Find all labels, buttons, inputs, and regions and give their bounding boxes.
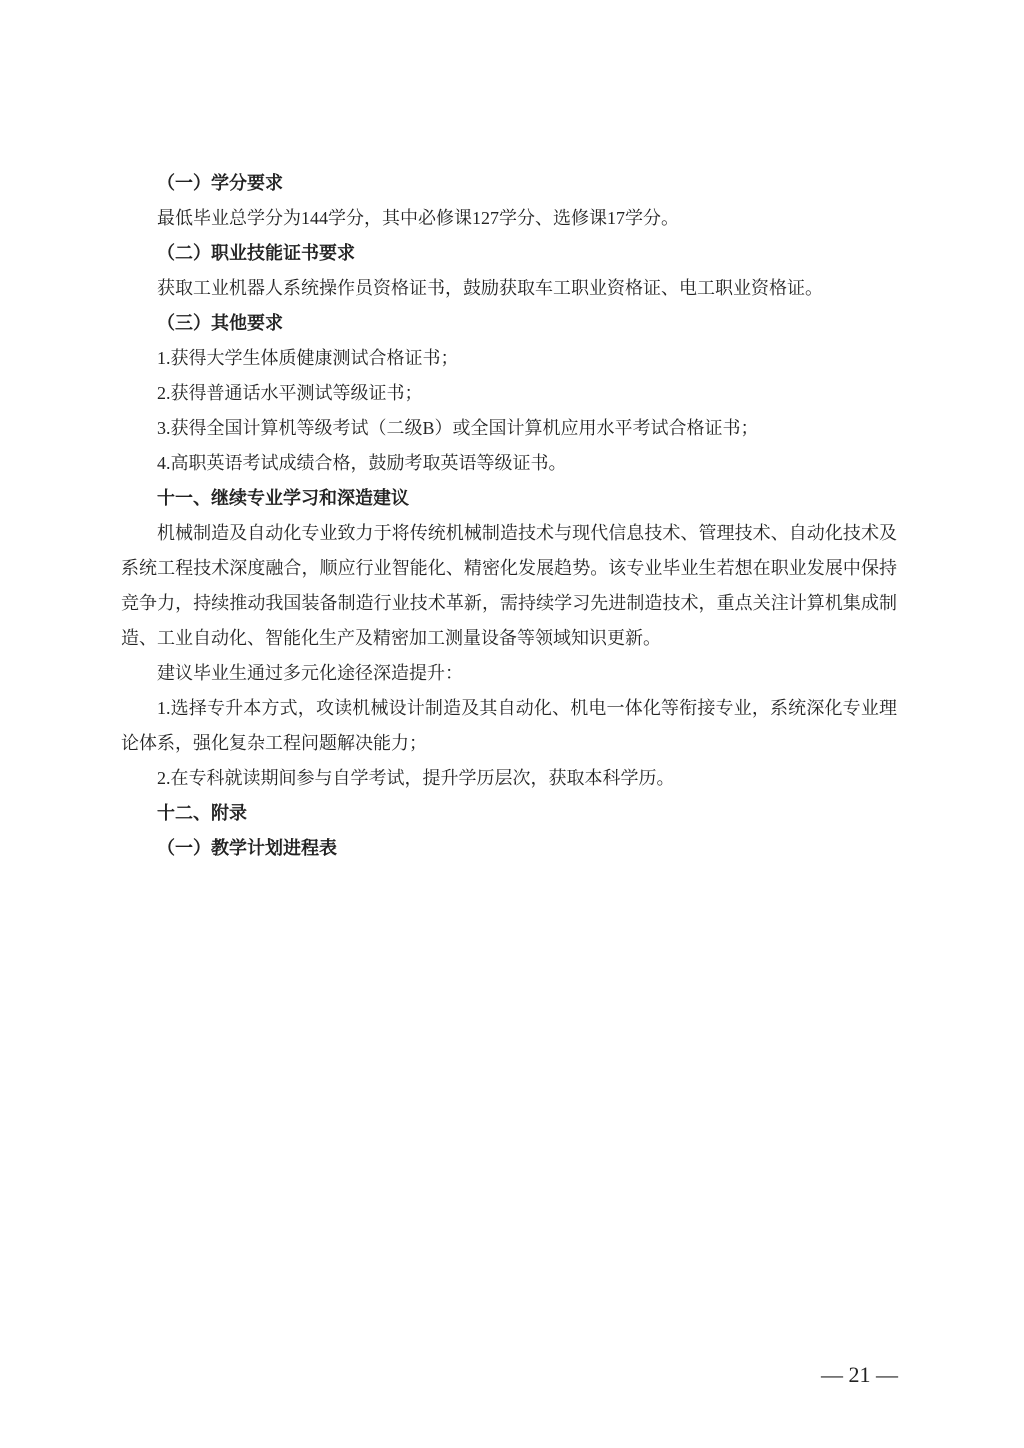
heading: （三）其他要求 xyxy=(121,306,897,341)
paragraph: 1.获得大学生体质健康测试合格证书； xyxy=(121,341,897,376)
heading: （二）职业技能证书要求 xyxy=(121,236,897,271)
paragraph: 建议毕业生通过多元化途径深造提升： xyxy=(121,656,897,691)
paragraph: 1.选择专升本方式，攻读机械设计制造及其自动化、机电一体化等衔接专业，系统深化专… xyxy=(121,691,897,761)
document-page: （一）学分要求最低毕业总学分为144学分，其中必修课127学分、选修课17学分。… xyxy=(0,0,1024,1448)
paragraph: 2.获得普通话水平测试等级证书； xyxy=(121,376,897,411)
paragraph: 获取工业机器人系统操作员资格证书，鼓励获取车工职业资格证、电工职业资格证。 xyxy=(121,271,897,306)
heading: 十一、继续专业学习和深造建议 xyxy=(121,481,897,516)
heading: （一）学分要求 xyxy=(121,166,897,201)
paragraph: 2.在专科就读期间参与自学考试，提升学历层次，获取本科学历。 xyxy=(121,761,897,796)
paragraph: 4.高职英语考试成绩合格，鼓励考取英语等级证书。 xyxy=(121,446,897,481)
paragraph: 机械制造及自动化专业致力于将传统机械制造技术与现代信息技术、管理技术、自动化技术… xyxy=(121,516,897,656)
page-number: — 21 — xyxy=(821,1360,898,1390)
paragraph: 3.获得全国计算机等级考试（二级B）或全国计算机应用水平考试合格证书； xyxy=(121,411,897,446)
document-body: （一）学分要求最低毕业总学分为144学分，其中必修课127学分、选修课17学分。… xyxy=(121,166,897,866)
paragraph: 最低毕业总学分为144学分，其中必修课127学分、选修课17学分。 xyxy=(121,201,897,236)
heading: （一）教学计划进程表 xyxy=(121,831,897,866)
heading: 十二、附录 xyxy=(121,796,897,831)
